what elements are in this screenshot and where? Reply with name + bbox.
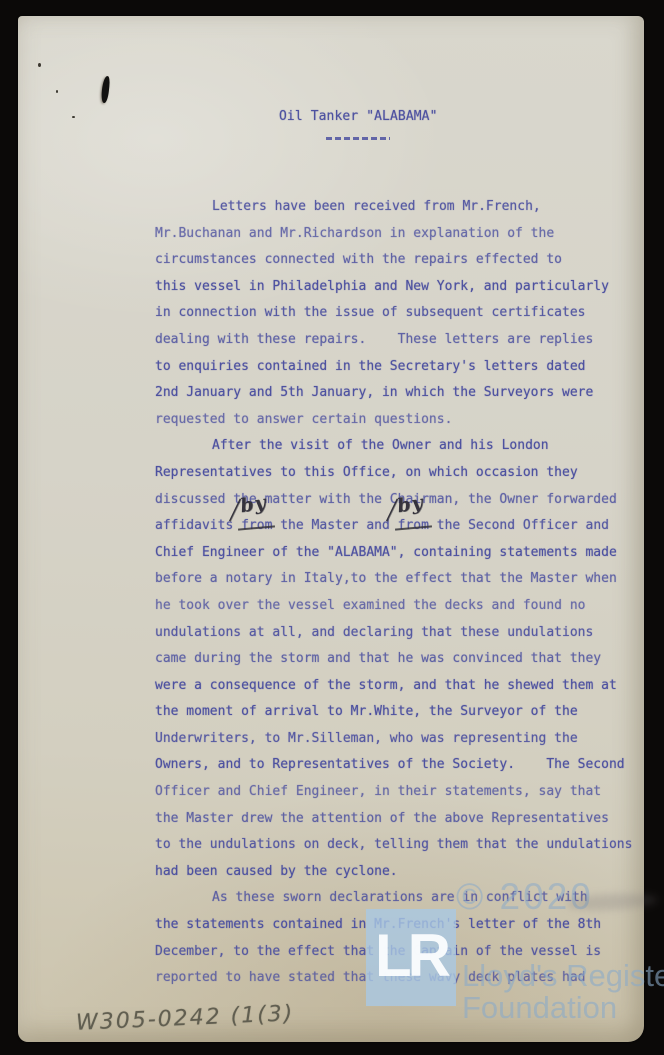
line-text: he took over the vessel examined the dec… [155,598,585,613]
line-text: dealing with these repairs. These letter… [155,332,593,347]
document-line: December, to the effect that the Captain… [155,939,633,966]
line-text: Representatives to this Office, on which… [155,465,578,480]
line-text: Underwriters, to Mr.Silleman, who was re… [155,731,578,746]
document-line: the statements contained in Mr.French's … [155,912,633,939]
line-text: to enquiries contained in the Secretary'… [155,359,585,374]
line-text: Officer and Chief Engineer, in their sta… [155,784,601,799]
document-line: to the undulations on deck, telling them… [155,832,633,859]
document-title: Oil Tanker "ALABAMA" [279,109,438,124]
line-text: undulations at all, and declaring that t… [155,625,593,640]
line-text: Letters have been received from Mr.Frenc… [212,199,541,214]
document-line: reported to have stated that these wavy … [155,965,633,992]
line-text: As these sworn declarations are in confl… [212,890,588,905]
handwritten-correction: by [230,490,268,522]
line-text: the statements contained in Mr.French's … [155,917,601,932]
struck-word: fromby [241,513,272,540]
line-text: were a consequence of the storm, and tha… [155,678,617,693]
document-line: the Master drew the attention of the abo… [155,806,633,833]
document-line: to enquiries contained in the Secretary'… [155,354,633,381]
paper-speck [38,63,41,67]
document-line: before a notary in Italy,to the effect t… [155,566,633,593]
document-line: had been caused by the cyclone. [155,859,633,886]
document-line: affidavits fromby the Master and fromby … [155,513,633,540]
line-text: circumstances connected with the repairs… [155,252,562,267]
document-line: he took over the vessel examined the dec… [155,593,633,620]
line-text: the moment of arrival to Mr.White, the S… [155,704,578,719]
document-line: requested to answer certain questions. [155,407,633,434]
line-text: reported to have stated that these wavy … [155,970,585,985]
document-line: circumstances connected with the repairs… [155,247,633,274]
line-text: Chief Engineer of the "ALABAMA", contain… [155,545,617,560]
document-line: were a consequence of the storm, and tha… [155,673,633,700]
struck-word: fromby [398,513,429,540]
line-text: this vessel in Philadelphia and New York… [155,279,609,294]
document-line: undulations at all, and declaring that t… [155,620,633,647]
document-line: After the visit of the Owner and his Lon… [155,433,633,460]
handwritten-correction: by [387,490,425,522]
line-text: Owners, and to Representatives of the So… [155,757,625,772]
line-text: December, to the effect that the Captain… [155,944,601,959]
document-line: this vessel in Philadelphia and New York… [155,274,633,301]
document-line: Mr.Buchanan and Mr.Richardson in explana… [155,221,633,248]
archival-reference-note: W305-0242 (1(3) [76,1001,295,1036]
line-text: 2nd January and 5th January, in which th… [155,385,593,400]
line-text: After the visit of the Owner and his Lon… [212,438,549,453]
line-text: Mr.Buchanan and Mr.Richardson in explana… [155,226,554,241]
line-text: had been caused by the cyclone. [155,864,398,879]
document-line: dealing with these repairs. These letter… [155,327,633,354]
line-text: discussed the matter with the Chairman, … [155,492,617,507]
line-text: the Master drew the attention of the abo… [155,811,609,826]
line-text: before a notary in Italy,to the effect t… [155,571,617,586]
line-text: affidavits [155,518,241,533]
document-line: in connection with the issue of subseque… [155,300,633,327]
document-line: Chief Engineer of the "ALABAMA", contain… [155,540,633,567]
document-body: Letters have been received from Mr.Frenc… [155,194,633,992]
document-line: Representatives to this Office, on which… [155,460,633,487]
document-line: 2nd January and 5th January, in which th… [155,380,633,407]
photographed-document: Oil Tanker "ALABAMA" Letters have been r… [0,0,664,1055]
paper-speck [56,90,58,93]
document-line: As these sworn declarations are in confl… [155,885,633,912]
document-line: Officer and Chief Engineer, in their sta… [155,779,633,806]
document-line: Letters have been received from Mr.Frenc… [155,194,633,221]
document-page: Oil Tanker "ALABAMA" Letters have been r… [18,16,644,1042]
paper-speck [72,116,75,118]
line-text: to the undulations on deck, telling them… [155,837,632,852]
document-line: came during the storm and that he was co… [155,646,633,673]
line-text: the Master and [272,518,397,533]
line-text: requested to answer certain questions. [155,412,452,427]
document-line: Underwriters, to Mr.Silleman, who was re… [155,726,633,753]
line-text: in connection with the issue of subseque… [155,305,585,320]
document-line: the moment of arrival to Mr.White, the S… [155,699,633,726]
document-line: Owners, and to Representatives of the So… [155,752,633,779]
line-text: came during the storm and that he was co… [155,651,601,666]
line-text: the Second Officer and [429,518,609,533]
title-underline [326,137,390,140]
paper-tear-mark [101,76,111,104]
